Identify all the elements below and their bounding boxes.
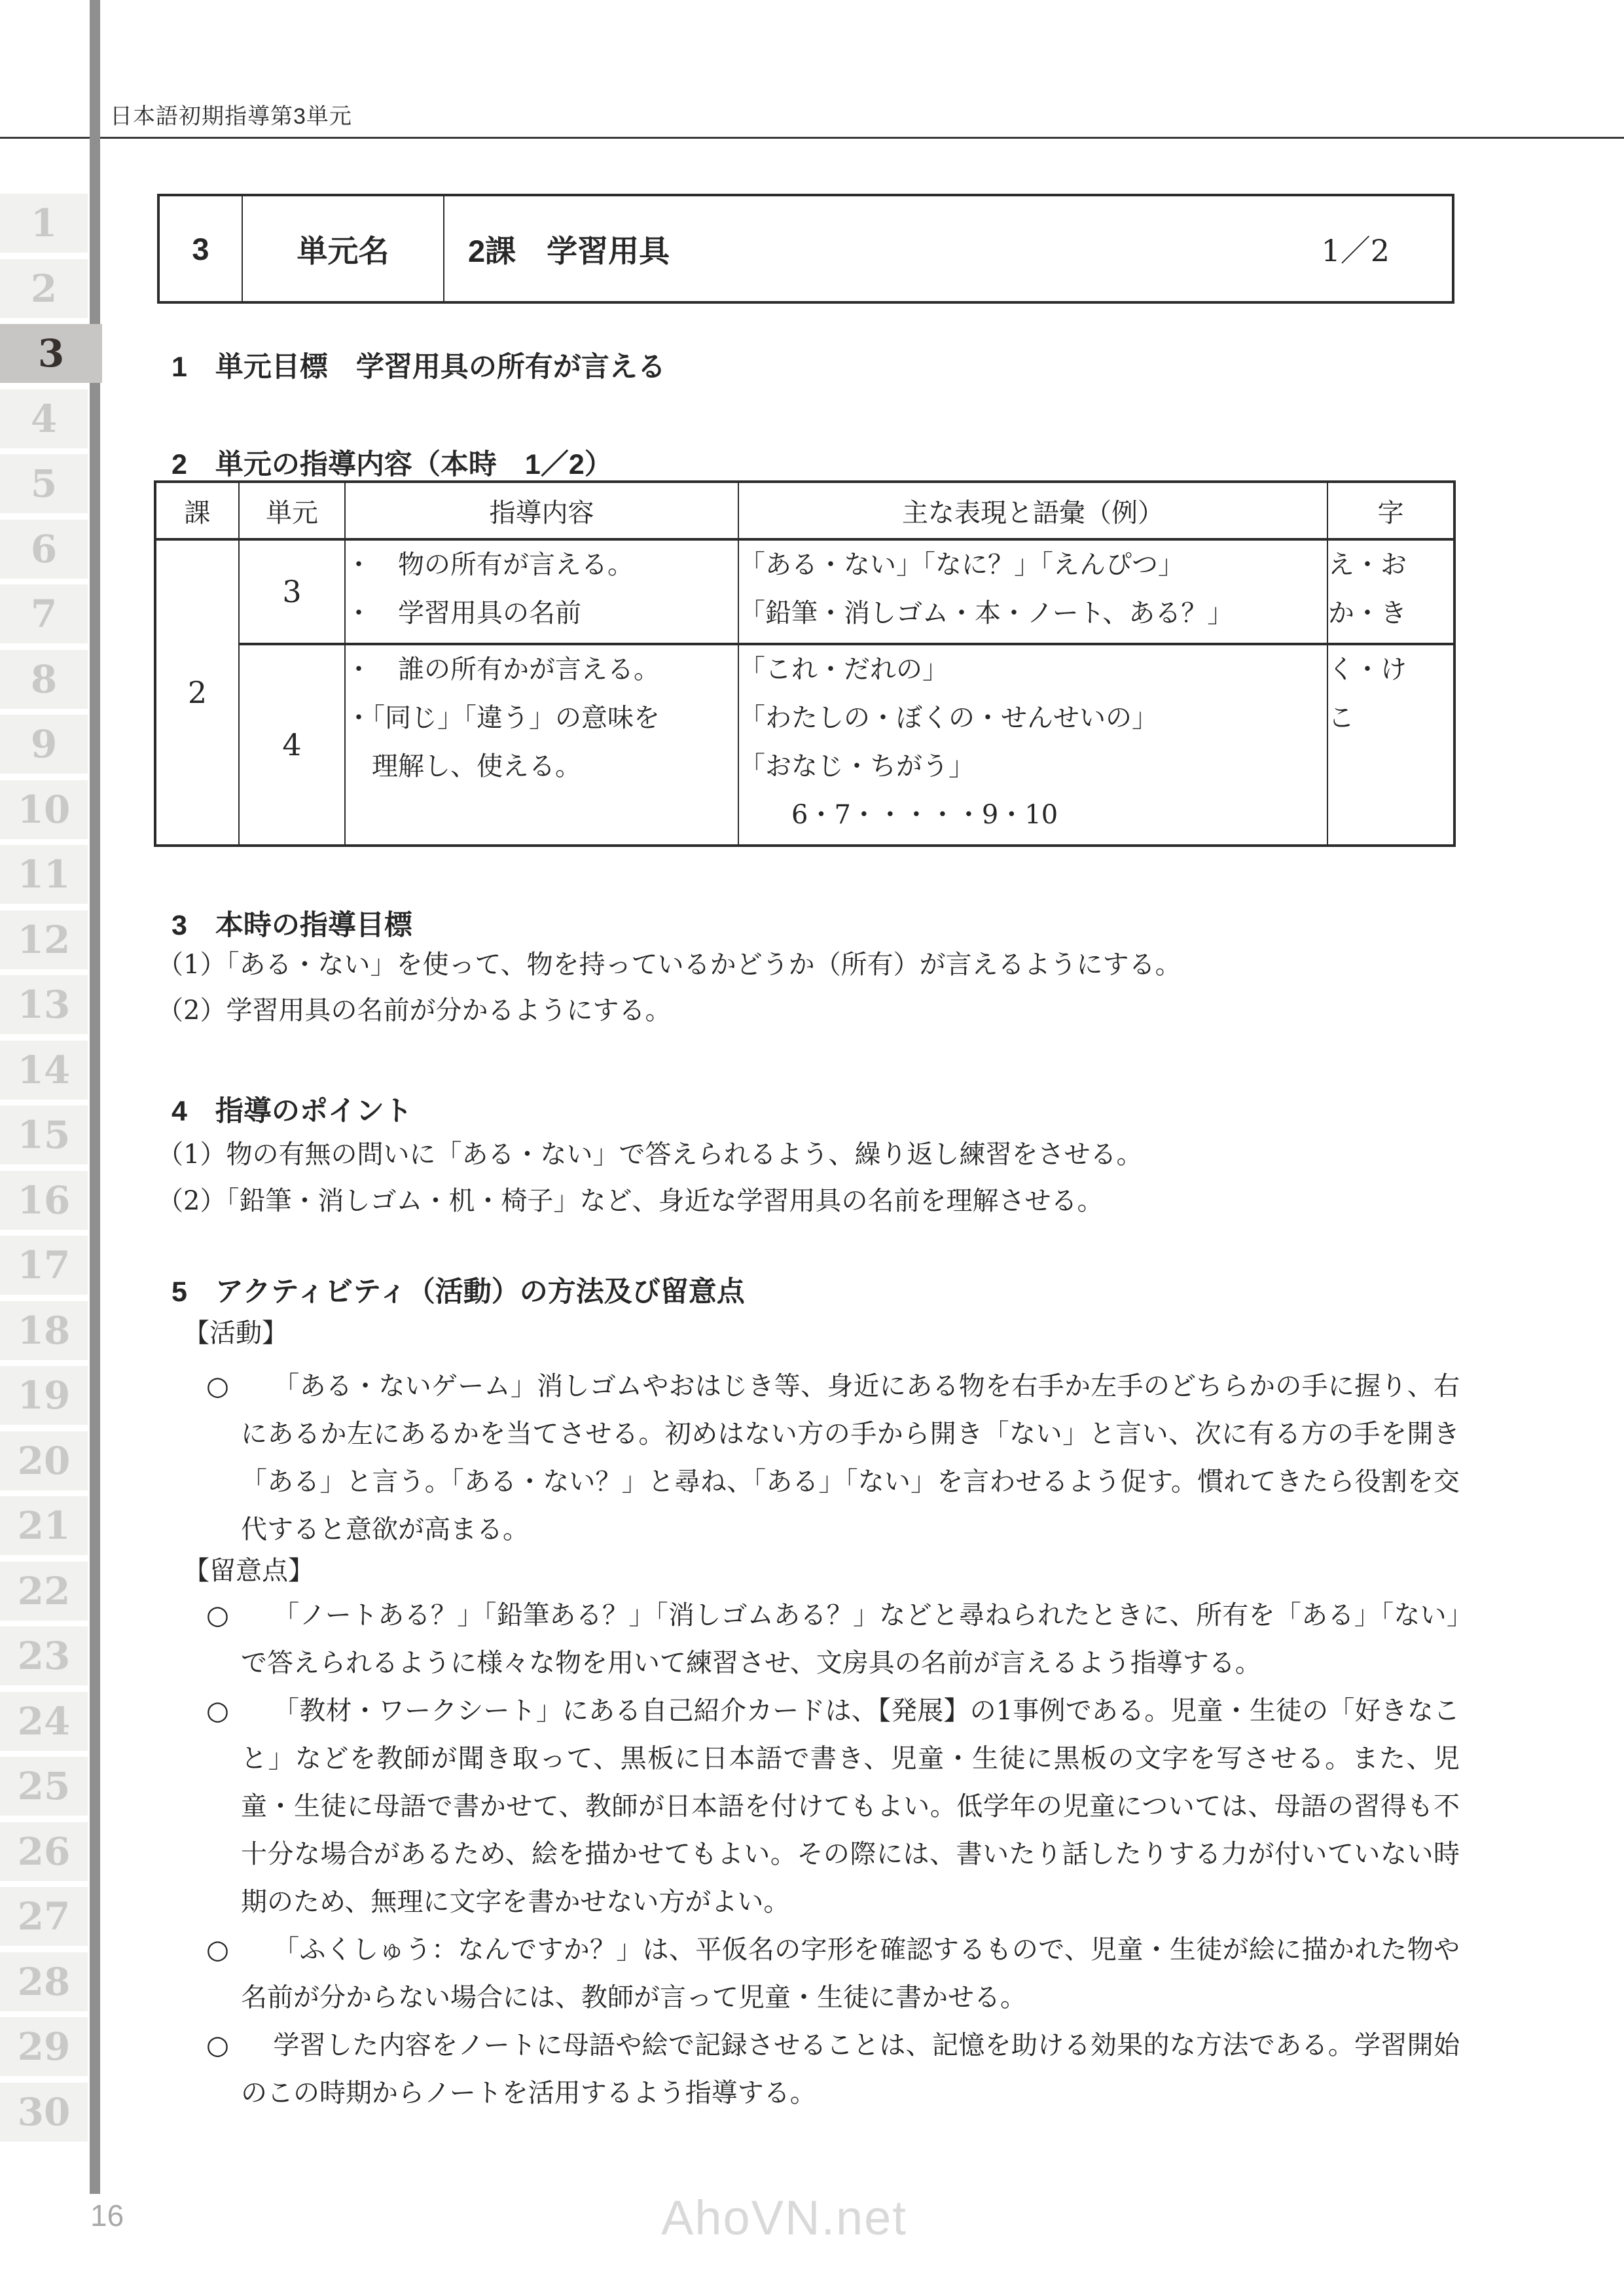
sidebar-tab-3[interactable]: 3 <box>0 324 102 383</box>
header-rule <box>0 137 1624 139</box>
title-label: 単元名 <box>243 196 444 301</box>
col-header-content: 指導内容 <box>345 482 738 539</box>
sidebar-tab-22[interactable]: 22 <box>0 1562 88 1621</box>
sidebar-tab-7[interactable]: 7 <box>0 584 88 643</box>
title-bar: 3 単元名 2課 学習用具 1／2 <box>157 194 1454 304</box>
cell-line: 6・7・・・・・9・10 <box>739 791 1327 839</box>
section5-heading: 5 アクティビティ（活動）の方法及び留意点 <box>171 1270 745 1310</box>
letters-cell: く・けこ <box>1327 644 1454 846</box>
page-number: 16 <box>90 2198 124 2233</box>
watermark: AhoVN.net <box>661 2190 907 2246</box>
cell-line: ・ 誰の所有かが言える。 <box>346 645 738 694</box>
circle-bullet: ○ <box>206 1363 273 1410</box>
sidebar-tab-9[interactable]: 9 <box>0 715 88 774</box>
sidebar-tab-20[interactable]: 20 <box>0 1431 88 1490</box>
sidebar-tab-15[interactable]: 15 <box>0 1105 88 1164</box>
bullet-text: 「教材・ワークシート」にある自己紹介カードは、【発展】の1事例である。児童・生徒… <box>241 1696 1460 1917</box>
bullet-item: ○「ノートある？」「鉛筆ある？」「消しゴムある？」などと尋ねられたときに、所有を… <box>206 1592 1460 1687</box>
expressions-cell: 「これ・だれの」「わたしの・ぼくの・せんせいの」「おなじ・ちがう」 6・7・・・… <box>738 644 1327 846</box>
sidebar-tab-19[interactable]: 19 <box>0 1366 88 1425</box>
bullet-text: 「ある・ないゲーム」消しゴムやおはじき等、身近にある物を右手か左手のどちらかの手… <box>241 1371 1460 1545</box>
sidebar-tab-29[interactable]: 29 <box>0 2017 88 2076</box>
bullet-text: 学習した内容をノートに母語や絵で記録させることは、記憶を助ける効果的な方法である… <box>241 2030 1460 2108</box>
letters-cell: え・おか・き <box>1327 539 1454 644</box>
content-cell: ・ 誰の所有かが言える。・「同じ」「違う」の意味を 理解し、使える。 <box>345 644 738 846</box>
expressions-cell: 「ある・ない」「なに？」「えんぴつ」「鉛筆・消しゴム・本・ノート、ある？」 <box>738 539 1327 644</box>
cell-line: か・き <box>1328 589 1453 637</box>
sidebar-tab-30[interactable]: 30 <box>0 2083 88 2142</box>
sidebar-tab-12[interactable]: 12 <box>0 910 88 969</box>
running-header: 日本語初期指導第3単元 <box>110 98 352 130</box>
sidebar-tab-5[interactable]: 5 <box>0 454 88 513</box>
content-cell: ・ 物の所有が言える。・ 学習用具の名前 <box>345 539 738 644</box>
section4-heading: 4 指導のポイント <box>171 1089 412 1129</box>
sidebar-tab-8[interactable]: 8 <box>0 650 88 709</box>
col-header-lesson: 課 <box>155 482 239 539</box>
document-page: 1234567891011121314151617181920212223242… <box>0 0 1624 2296</box>
unit-number-cell: 4 <box>239 644 345 846</box>
activity-list: ○「ある・ないゲーム」消しゴムやおはじき等、身近にある物を右手か左手のどちらかの… <box>206 1363 1460 1554</box>
activity-label: 【活動】 <box>183 1312 288 1350</box>
goal-item-1: （1）「ある・ない」を使って、物を持っているかどうか（所有）が言えるようにする。 <box>157 944 1182 981</box>
cell-line: ・「同じ」「違う」の意味を <box>346 694 738 742</box>
sidebar-tab-27[interactable]: 27 <box>0 1887 88 1946</box>
sidebar-tab-10[interactable]: 10 <box>0 780 88 839</box>
bullet-item: ○学習した内容をノートに母語や絵で記録させることは、記憶を助ける効果的な方法であ… <box>206 2022 1460 2117</box>
page-fraction: 1／2 <box>1321 227 1452 270</box>
unit-title: 2課 学習用具 <box>468 227 670 271</box>
sidebar-tab-14[interactable]: 14 <box>0 1041 88 1100</box>
title-main: 2課 学習用具 1／2 <box>444 196 1452 301</box>
circle-bullet: ○ <box>206 1926 273 1974</box>
table-row: 4 ・ 誰の所有かが言える。・「同じ」「違う」の意味を 理解し、使える。 「これ… <box>155 644 1454 846</box>
cell-line: く・け <box>1328 645 1453 694</box>
sidebar-tab-18[interactable]: 18 <box>0 1301 88 1360</box>
cell-line: 「ある・ない」「なに？」「えんぴつ」 <box>739 541 1327 589</box>
notes-label: 【留意点】 <box>183 1550 314 1587</box>
sidebar-tab-13[interactable]: 13 <box>0 975 88 1034</box>
col-header-letters: 字 <box>1327 482 1454 539</box>
point-item-2: （2）「鉛筆・消しゴム・机・椅子」など、身近な学習用具の名前を理解させる。 <box>157 1180 1103 1217</box>
sidebar-tab-24[interactable]: 24 <box>0 1692 88 1751</box>
sidebar-tab-4[interactable]: 4 <box>0 389 88 448</box>
cell-line: え・お <box>1328 541 1453 589</box>
sidebar-tab-25[interactable]: 25 <box>0 1757 88 1816</box>
goal-item-2: （2）学習用具の名前が分かるようにする。 <box>157 990 671 1027</box>
unit-number-cell: 3 <box>239 539 345 644</box>
title-unit-number: 3 <box>160 196 243 301</box>
sidebar-tab-21[interactable]: 21 <box>0 1496 88 1555</box>
unit-content-table: 課 単元 指導内容 主な表現と語彙（例） 字 2 3 ・ 物の所有が言える。・ … <box>154 480 1456 847</box>
circle-bullet: ○ <box>206 2022 273 2070</box>
col-header-unit: 単元 <box>239 482 345 539</box>
section3-heading: 3 本時の指導目標 <box>171 903 412 943</box>
section2-heading: 2 単元の指導内容（本時 1／2） <box>171 442 613 482</box>
sidebar-tab-6[interactable]: 6 <box>0 520 88 579</box>
circle-bullet: ○ <box>206 1687 273 1735</box>
notes-list: ○「ノートある？」「鉛筆ある？」「消しゴムある？」などと尋ねられたときに、所有を… <box>206 1592 1460 2117</box>
sidebar-tab-11[interactable]: 11 <box>0 845 88 904</box>
sidebar-tab-16[interactable]: 16 <box>0 1171 88 1230</box>
cell-line: 「おなじ・ちがう」 <box>739 742 1327 791</box>
sidebar-tab-17[interactable]: 17 <box>0 1236 88 1295</box>
lesson-number-cell: 2 <box>155 539 239 846</box>
cell-line: ・ 物の所有が言える。 <box>346 541 738 589</box>
bullet-item: ○「ある・ないゲーム」消しゴムやおはじき等、身近にある物を右手か左手のどちらかの… <box>206 1363 1460 1554</box>
cell-line: こ <box>1328 694 1453 742</box>
sidebar-tab-23[interactable]: 23 <box>0 1626 88 1685</box>
point-item-1: （1）物の有無の問いに「ある・ない」で答えられるよう、繰り返し練習をさせる。 <box>157 1134 1142 1171</box>
col-header-expressions: 主な表現と語彙（例） <box>738 482 1327 539</box>
cell-line: 理解し、使える。 <box>346 742 738 791</box>
table-row: 2 3 ・ 物の所有が言える。・ 学習用具の名前 「ある・ない」「なに？」「えん… <box>155 539 1454 644</box>
bullet-text: 「ふくしゅう：なんですか？」は、平仮名の字形を確認するもので、児童・生徒が絵に描… <box>241 1935 1460 2013</box>
table-header-row: 課 単元 指導内容 主な表現と語彙（例） 字 <box>155 482 1454 539</box>
sidebar-tab-26[interactable]: 26 <box>0 1822 88 1881</box>
cell-line: 「鉛筆・消しゴム・本・ノート、ある？」 <box>739 589 1327 637</box>
section1-heading: 1 単元目標 学習用具の所有が言える <box>171 345 666 385</box>
bullet-text: 「ノートある？」「鉛筆ある？」「消しゴムある？」などと尋ねられたときに、所有を「… <box>241 1600 1460 1678</box>
bullet-item: ○「教材・ワークシート」にある自己紹介カードは、【発展】の1事例である。児童・生… <box>206 1687 1460 1926</box>
cell-line: ・ 学習用具の名前 <box>346 589 738 637</box>
sidebar-tab-1[interactable]: 1 <box>0 194 88 253</box>
cell-line: 「わたしの・ぼくの・せんせいの」 <box>739 694 1327 742</box>
bullet-item: ○「ふくしゅう：なんですか？」は、平仮名の字形を確認するもので、児童・生徒が絵に… <box>206 1926 1460 2022</box>
cell-line: 「これ・だれの」 <box>739 645 1327 694</box>
sidebar-tab-2[interactable]: 2 <box>0 259 88 318</box>
circle-bullet: ○ <box>206 1592 273 1640</box>
sidebar-tab-28[interactable]: 28 <box>0 1952 88 2011</box>
